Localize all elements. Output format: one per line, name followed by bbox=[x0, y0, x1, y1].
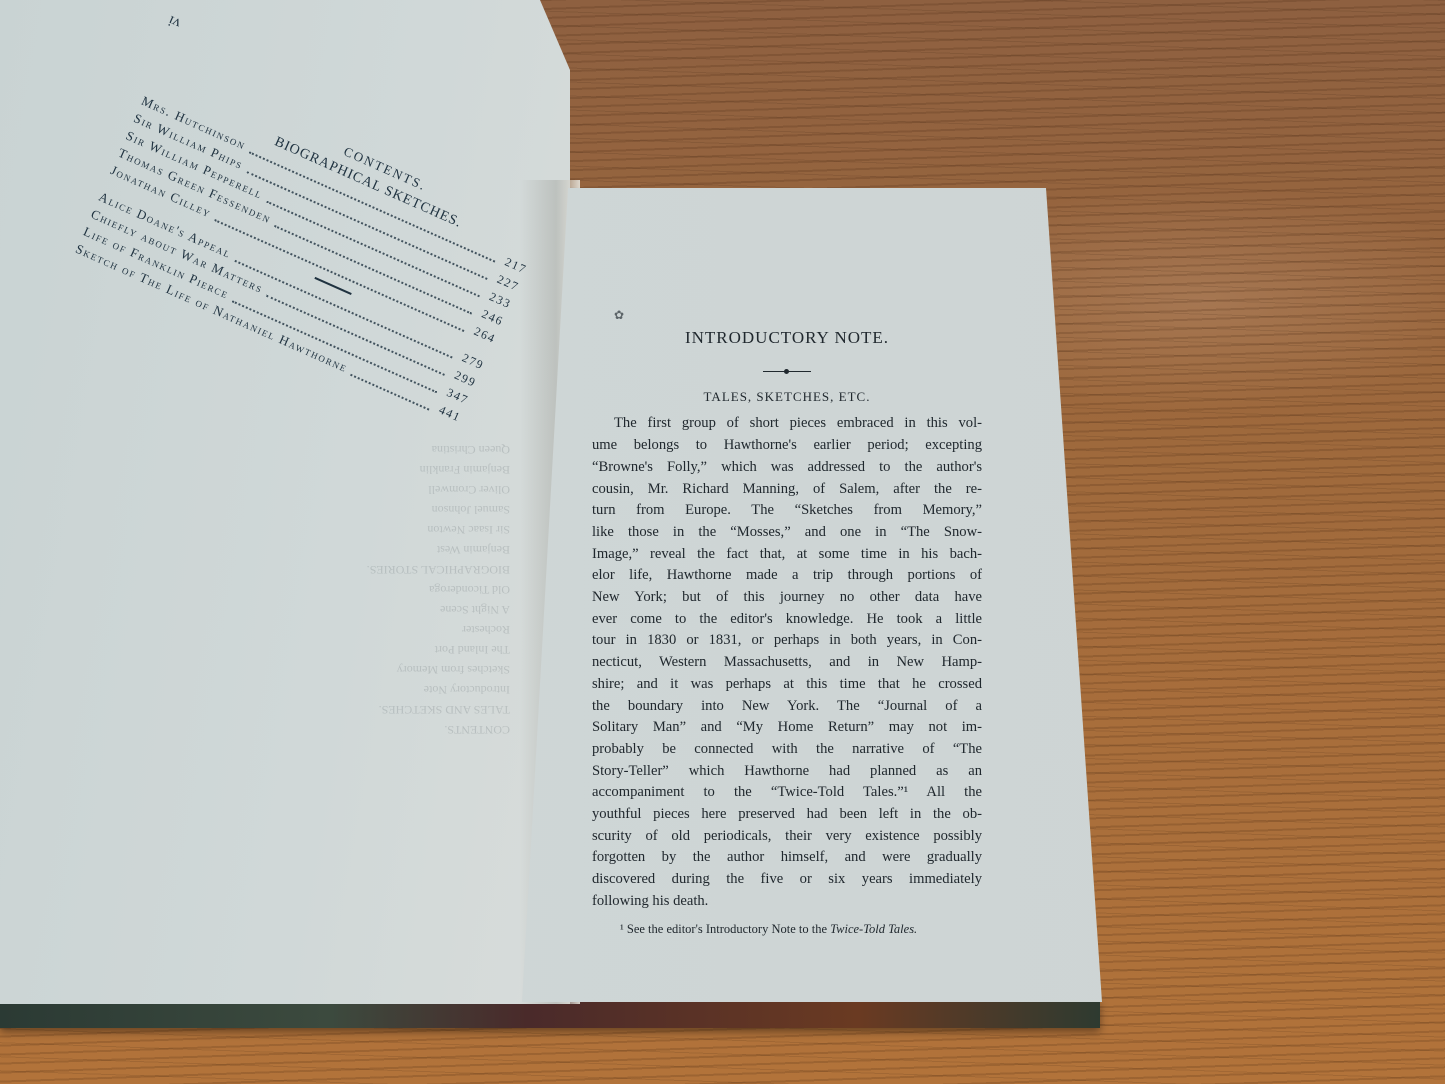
footnote: ¹ See the editor's Introductory Note to … bbox=[592, 919, 982, 941]
text-line: accompaniment to the “Twice-Told Tales.”… bbox=[592, 782, 982, 804]
footnote-text: ¹ See the editor's Introductory Note to … bbox=[620, 922, 830, 936]
text-line: following his death. bbox=[592, 891, 982, 913]
ghost-line: Sir Isaac Newton bbox=[150, 520, 510, 540]
text-line: ever come to the editor's knowledge. He … bbox=[592, 609, 982, 631]
text-line: probably be connected with the narrative… bbox=[592, 739, 982, 761]
ghost-line: Benjamin West bbox=[150, 540, 510, 560]
ghost-line: Introductory Note bbox=[150, 680, 510, 700]
ghost-line: Queen Christina bbox=[150, 440, 510, 460]
text-line: Image,” reveal the fact that, at some ti… bbox=[592, 544, 982, 566]
text-line: “Browne's Folly,” which was addressed to… bbox=[592, 457, 982, 479]
footnote-title: Twice-Told Tales. bbox=[830, 922, 917, 936]
ghost-line: TALES AND SKETCHES. bbox=[150, 700, 510, 720]
text-line: tour in 1830 or 1831, or perhaps in both… bbox=[592, 630, 982, 652]
ghost-line: Samuel Johnson bbox=[150, 500, 510, 520]
ghost-line: The Inland Port bbox=[150, 640, 510, 660]
text-line: Story-Teller” which Hawthorne had planne… bbox=[592, 761, 982, 783]
text-line: necticut, Western Massachusetts, and in … bbox=[592, 652, 982, 674]
text-line: ume belongs to Hawthorne's earlier perio… bbox=[592, 435, 982, 457]
text-line: the boundary into New York. The “Journal… bbox=[592, 696, 982, 718]
ghost-line: CONTENTS. bbox=[150, 720, 510, 740]
text-line: like those in the “Mosses,” and one in “… bbox=[592, 522, 982, 544]
text-line: turn from Europe. The “Sketches from Mem… bbox=[592, 500, 982, 522]
text-line: New York; but of this journey no other d… bbox=[592, 587, 982, 609]
ornament-icon: ✿ bbox=[592, 305, 982, 319]
text-line: forgotten by the author himself, and wer… bbox=[592, 847, 982, 869]
ghost-line: Old Ticonderoga bbox=[150, 580, 510, 600]
book-cover-edge bbox=[0, 1000, 1100, 1028]
page-heading: INTRODUCTORY NOTE. bbox=[592, 327, 982, 349]
text-line: Solitary Man” and “My Home Return” may n… bbox=[592, 717, 982, 739]
text-line: elor life, Hawthorne made a trip through… bbox=[592, 565, 982, 587]
ghost-line: Benjamin Franklin bbox=[150, 460, 510, 480]
left-page: CONTENTS. TALES AND SKETCHES. Introducto… bbox=[0, 0, 570, 1004]
introductory-note: ✿ INTRODUCTORY NOTE. TALES, SKETCHES, ET… bbox=[592, 305, 982, 940]
page-subheading: TALES, SKETCHES, ETC. bbox=[592, 386, 982, 408]
page-number: vi bbox=[166, 11, 184, 31]
ghost-line: Oliver Cromwell bbox=[150, 480, 510, 500]
ghost-line: BIOGRAPHICAL STORIES. bbox=[150, 560, 510, 580]
ghost-line: A Night Scene bbox=[150, 600, 510, 620]
text-line: shire; and it was perhaps at this time t… bbox=[592, 674, 982, 696]
ghost-line: Rochester bbox=[150, 620, 510, 640]
text-line: discovered during the five or six years … bbox=[592, 869, 982, 891]
text-line: The first group of short pieces embraced… bbox=[592, 413, 982, 435]
text-line: cousin, Mr. Richard Manning, of Salem, a… bbox=[592, 479, 982, 501]
text-line: scurity of old periodicals, their very e… bbox=[592, 826, 982, 848]
text-line: youthful pieces here preserved had been … bbox=[592, 804, 982, 826]
heading-rule bbox=[763, 371, 811, 372]
ghost-line: Sketches from Memory bbox=[150, 660, 510, 680]
